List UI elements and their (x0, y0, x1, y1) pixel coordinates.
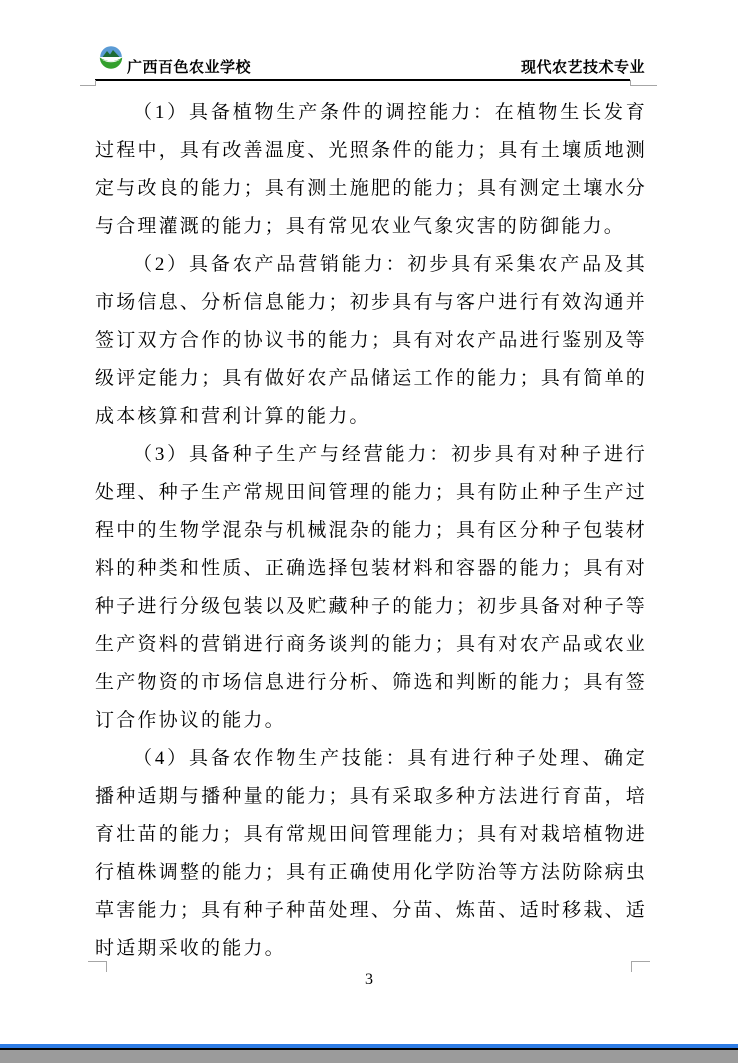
school-logo-icon (99, 45, 123, 69)
crop-mark-bottom-left (88, 961, 107, 962)
major-name: 现代农艺技术专业 (521, 56, 645, 77)
page-header: 广西百色农业学校 现代农艺技术专业 (0, 0, 738, 90)
school-name: 广西百色农业学校 (127, 56, 251, 77)
crop-mark-top-right (630, 80, 631, 86)
document-body: （1）具备植物生产条件的调控能力：在植物生长发育过程中，具有改善温度、光照条件的… (95, 94, 647, 968)
window-bottom-edge (0, 1050, 738, 1063)
page-number: 3 (0, 971, 738, 989)
paragraph-2: （2）具备农产品营销能力：初步具有采集农产品及其市场信息、分析信息能力；初步具有… (95, 246, 647, 436)
crop-mark-top-left (80, 85, 96, 86)
paragraph-1: （1）具备植物生产条件的调控能力：在植物生长发育过程中，具有改善温度、光照条件的… (95, 94, 647, 246)
crop-mark-bottom-right (631, 961, 650, 962)
crop-mark-top-right (630, 85, 657, 86)
paragraph-4: （4）具备农作物生产技能：具有进行种子处理、确定播种适期与播种量的能力；具有采取… (95, 740, 647, 968)
header-rule (95, 79, 630, 81)
crop-mark-top-left (95, 80, 96, 86)
paragraph-3: （3）具备种子生产与经营能力：初步具有对种子进行处理、种子生产常规田间管理的能力… (95, 436, 647, 740)
